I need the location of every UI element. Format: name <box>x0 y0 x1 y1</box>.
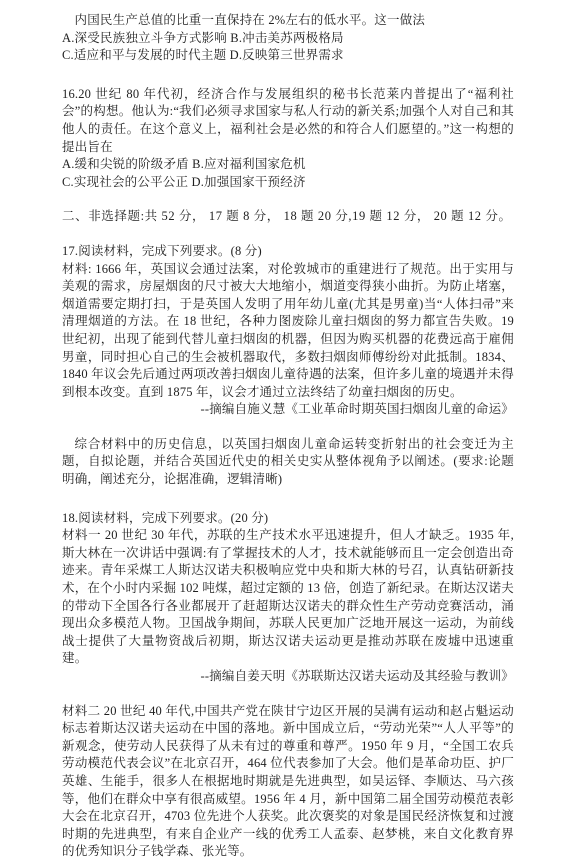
exam-text-column: 内国民生产总值的比重一直保持在 2%左右的低水平。这一做法 A.深受民族独立斗争… <box>62 12 514 771</box>
question-17-intro: 17.阅读材料，完成下列要求。(8 分) <box>62 243 514 261</box>
question-18-intro: 18.阅读材料，完成下列要求。(20 分) <box>62 510 514 528</box>
exam-page: 内国民生产总值的比重一直保持在 2%左右的低水平。这一做法 A.深受民族独立斗争… <box>0 0 566 771</box>
question-15-options-row-1: A.深受民族独立斗争方式影响 B.冲击美苏两极格局 <box>62 30 514 48</box>
question-16-stem: 16.20 世纪 80 年代初，经济合作与发展组织的秘书长范莱内普提出了“福利社… <box>62 86 514 156</box>
question-15-options-row-2: C.适应和平与发展的时代主题 D.反映第三世界需求 <box>62 47 514 65</box>
question-16-options-row-1: A.缓和尖锐的阶级矛盾 B.应对福利国家危机 <box>62 156 514 174</box>
question-18-source-1: --摘编自姜天明《苏联斯达汉诺夫运动及其经验与教训》 <box>62 668 514 686</box>
question-18-material-2: 材料二 20 世纪 40 年代,中国共产党在陕甘宁边区开展的吴满有运动和赵占魁运… <box>62 703 514 771</box>
question-18-material-1: 材料一 20 世纪 30 年代，苏联的生产技术水平迅速提升，但人才缺乏。1935… <box>62 527 514 668</box>
question-17-source: --摘编自施义慧《工业革命时期英国扫烟囱儿童的命运》 <box>62 401 514 419</box>
question-17-material: 材料: 1666 年，英国议会通过法案，对伦敦城市的重建进行了规范。出于实用与美… <box>62 261 514 402</box>
question-17-task: 综合材料中的历史信息，以英国扫烟囱儿童命运转变折射出的社会变迁为主题，自拟论题，… <box>62 436 514 489</box>
question-16-options-row-2: C.实现社会的公平公正 D.加强国家干预经济 <box>62 174 514 192</box>
question-15-stem-tail: 内国民生产总值的比重一直保持在 2%左右的低水平。这一做法 <box>62 12 514 30</box>
section-2-header: 二、非选择题:共 52 分， 17 题 8 分， 18 题 20 分,19 题 … <box>62 208 514 226</box>
